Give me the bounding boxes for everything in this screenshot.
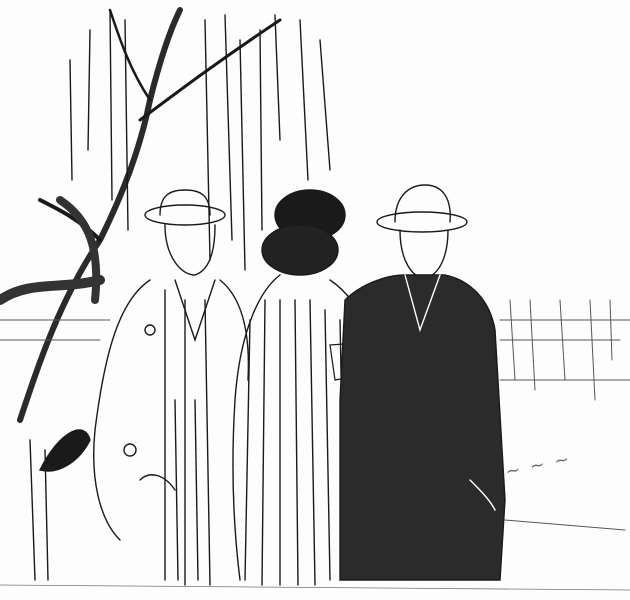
illustration: ~ ~ ~ xyxy=(0,0,630,600)
young-man-figure xyxy=(340,185,505,580)
water xyxy=(0,300,630,530)
bird xyxy=(30,430,90,580)
older-man-figure xyxy=(94,190,249,585)
illustration-drawing xyxy=(0,0,630,600)
ground-line xyxy=(0,585,630,590)
